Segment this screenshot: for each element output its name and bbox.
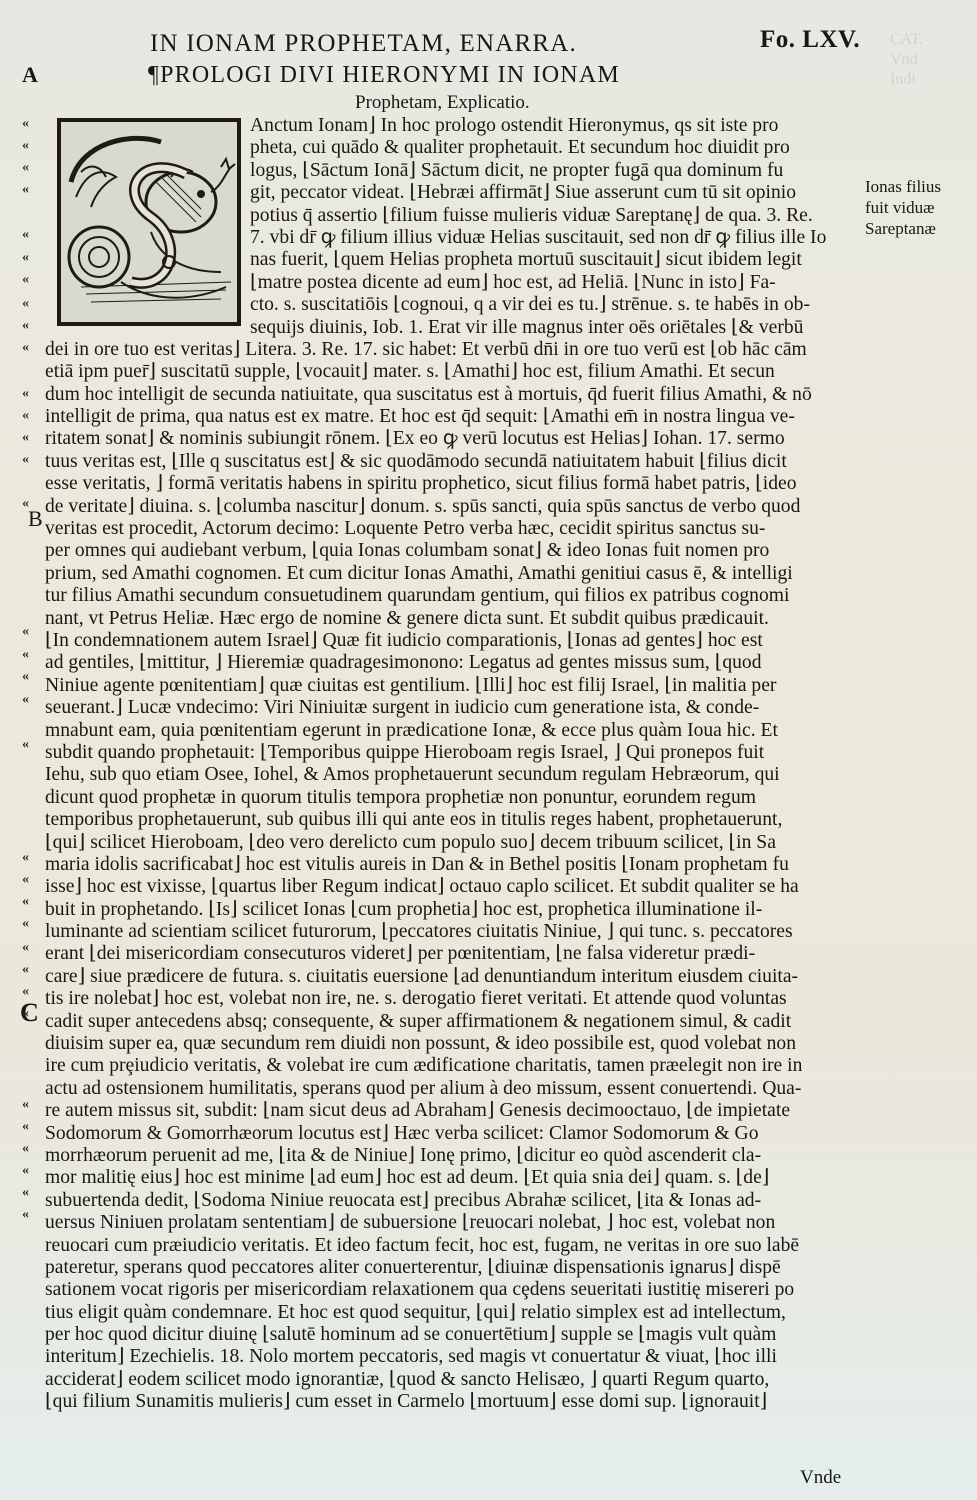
- quotation-mark-icon: «: [22, 160, 29, 176]
- quotation-mark-icon: «: [22, 138, 29, 154]
- text-line: ritatem sonat⌋ & nominis subiungit rōnem…: [45, 428, 855, 450]
- text-line: uersus Niniuen prolatam sententiam⌋ de s…: [45, 1212, 855, 1234]
- quotation-mark-icon: «: [22, 669, 29, 685]
- section-letter-b: B: [28, 506, 43, 532]
- text-line: Anctum Ionam⌋ In hoc prologo ostendit Hi…: [250, 115, 855, 137]
- text-line: nant, vt Petrus Heliæ. Hæc ergo de nomin…: [45, 608, 855, 630]
- quotation-mark-icon: «: [22, 962, 29, 978]
- quotation-mark-icon: «: [22, 386, 29, 402]
- margin-annotation-line: Sareptanæ: [865, 218, 941, 239]
- quotation-mark-icon: «: [22, 340, 29, 356]
- text-line: actu ad ostensionem humilitatis, sperans…: [45, 1078, 855, 1100]
- quotation-mark-icon: «: [22, 116, 29, 132]
- text-line: pateretur, sperans quod peccatores alite…: [45, 1257, 855, 1279]
- text-line: dum hoc intelligit de secunda natiuitate…: [45, 384, 855, 406]
- text-line: subdit quando prophetauit: ⌊Temporibus q…: [45, 742, 855, 764]
- quotation-mark-icon: «: [22, 430, 29, 446]
- text-line: erant ⌊dei misericordiam consecuturos vi…: [45, 943, 855, 965]
- quotation-mark-icon: «: [22, 296, 29, 312]
- quotation-mark-icon: «: [22, 452, 29, 468]
- book-page: CAT.VndIndi IN IONAM PROPHETAM, ENARRA. …: [0, 0, 977, 1500]
- text-line: etiā ipm puer̄⌋ suscitatū supple, ⌊vocau…: [45, 361, 855, 383]
- show-through-text: CAT.VndIndi: [890, 30, 923, 90]
- quotation-mark-icon: «: [22, 1185, 29, 1201]
- quotation-mark-icon: «: [22, 872, 29, 888]
- folio-number: Fo. LXV.: [760, 26, 860, 54]
- text-line: re autem missus sit, subdit: ⌊nam sicut …: [45, 1100, 855, 1122]
- text-line: ⌊qui⌋ scilicet Hieroboam, ⌊deo vero dere…: [45, 832, 855, 854]
- quotation-mark-icon: «: [22, 1097, 29, 1113]
- text-line: seuerant.⌋ Lucæ vndecimo: Viri Niniuitæ …: [45, 697, 855, 719]
- text-line: cto. s. suscitatiōis ⌊cognoui, q a vir d…: [250, 294, 855, 316]
- quotation-mark-icon: «: [22, 227, 29, 243]
- text-line: logus, ⌊Sāctum Ionā⌋ Sāctum dicit, ne pr…: [250, 160, 855, 182]
- text-line: de veritate⌋ diuina. s. ⌊columba nascitu…: [45, 496, 855, 518]
- text-line: subuertenda dedit, ⌊Sodoma Niniue reuoca…: [45, 1190, 855, 1212]
- text-line: morrhæorum peruenit ad me, ⌊ita & de Nin…: [45, 1145, 855, 1167]
- text-line: ire cum prȩiudicio veritatis, & volebat …: [45, 1055, 855, 1077]
- quotation-mark-icon: «: [22, 272, 29, 288]
- quotation-mark-icon: «: [22, 984, 29, 1000]
- quotation-mark-icon: «: [22, 916, 29, 932]
- text-line: prium, sed Amathi cognomen. Et cum dicit…: [45, 563, 855, 585]
- text-line: sequijs diuinis, Iob. 1. Erat vir ille m…: [250, 317, 855, 339]
- text-line: tius eligit quàm condemnare. Et hoc est …: [45, 1302, 855, 1324]
- quotation-mark-icon: «: [22, 692, 29, 708]
- section-letter-a: A: [22, 62, 38, 88]
- text-line: dei in ore tuo est veritas⌋ Litera. 3. R…: [45, 339, 855, 361]
- text-line: temporibus prophetauerunt, sub quibus il…: [45, 809, 855, 831]
- text-line: cadit super antecedens absq; consequente…: [45, 1011, 855, 1033]
- text-line: mor malitię eius⌋ hoc est minime ⌊ad eum…: [45, 1167, 855, 1189]
- quotation-mark-icon: «: [22, 850, 29, 866]
- text-line: veritas est procedit, Actorum decimo: Lo…: [45, 518, 855, 540]
- text-line: ⌊qui filium Sunamitis mulieris⌋ cum esse…: [45, 1391, 855, 1413]
- quotation-mark-icon: «: [22, 1141, 29, 1157]
- quotation-mark-icon: «: [22, 1163, 29, 1179]
- text-line: reuocari cum præiudicio veritatis. Et id…: [45, 1235, 855, 1257]
- text-line: git, peccator videat. ⌊Hebræi affirmāt⌋ …: [250, 182, 855, 204]
- commentary-body-text: Anctum Ionam⌋ In hoc prologo ostendit Hi…: [45, 115, 855, 1414]
- text-line: buit in prophetando. ⌊Is⌋ scilicet Ionas…: [45, 899, 855, 921]
- running-head: IN IONAM PROPHETAM, ENARRA.: [150, 30, 577, 58]
- catchword: Vnde: [800, 1467, 841, 1489]
- text-line: potius q̄ assertio ⌊filium fuisse mulier…: [250, 205, 855, 227]
- quotation-mark-icon: «: [22, 940, 29, 956]
- margin-annotation-line: Ionas filius: [865, 176, 941, 197]
- text-line: maria idolis sacrificabat⌋ hoc est vitul…: [45, 854, 855, 876]
- quotation-mark-icon: «: [22, 1006, 29, 1022]
- text-line: esse veritatis, ⌋ formā veritatis habens…: [45, 473, 855, 495]
- quotation-mark-icon: «: [22, 182, 29, 198]
- text-line: tis ire nolebat⌋ hoc est, volebat non ir…: [45, 988, 855, 1010]
- margin-annotation: Ionas filius fuit viduæ Sareptanæ: [865, 176, 941, 239]
- text-line: tuus veritas est, ⌊Ille q suscitatus est…: [45, 451, 855, 473]
- text-line: care⌋ siue prædicere de futura. s. ciuit…: [45, 966, 855, 988]
- text-line: tur filius Amathi secundum consuetudinem…: [45, 585, 855, 607]
- quotation-mark-icon: «: [22, 894, 29, 910]
- quotation-mark-icon: «: [22, 250, 29, 266]
- margin-annotation-line: fuit viduæ: [865, 197, 941, 218]
- text-line: 7. vbi dr̄ ꝙ filium illius viduæ Helias …: [250, 227, 855, 249]
- text-line: per hoc quod dicitur diuinę ⌊salutē homi…: [45, 1324, 855, 1346]
- text-line: luminante ad scientiam scilicet futuroru…: [45, 921, 855, 943]
- text-line: per omnes qui audiebant verbum, ⌊quia Io…: [45, 540, 855, 562]
- quotation-mark-icon: «: [22, 496, 29, 512]
- quotation-mark-icon: «: [22, 1207, 29, 1223]
- quotation-mark-icon: «: [22, 647, 29, 663]
- text-line: sationem vocat rigoris per misericordiam…: [45, 1279, 855, 1301]
- quotation-mark-icon: «: [22, 624, 29, 640]
- quotation-mark-icon: «: [22, 318, 29, 334]
- text-line: pheta, cui quādo & qualiter prophetauit.…: [250, 137, 855, 159]
- text-line: Sodomorum & Gomorrhæorum locutus est⌋ Hæ…: [45, 1123, 855, 1145]
- text-line: Iehu, sub quo etiam Osee, Iohel, & Amos …: [45, 764, 855, 786]
- quotation-mark-icon: «: [22, 408, 29, 424]
- text-line: dicunt quod prophetæ in quorum titulis t…: [45, 787, 855, 809]
- quotation-mark-icon: «: [22, 1119, 29, 1135]
- text-line: intelligit de prima, qua natus est ex ma…: [45, 406, 855, 428]
- text-line: acciderat⌋ eodem scilicet modo ignoranti…: [45, 1369, 855, 1391]
- text-line: isse⌋ hoc est vixisse, ⌊quartus liber Re…: [45, 876, 855, 898]
- text-line: Niniue agente pœnitentiam⌋ quæ ciuitas e…: [45, 675, 855, 697]
- text-line: mnabunt eam, quia pœnitentiam egerunt in…: [45, 720, 855, 742]
- text-line: ⌊In condemnationem autem Israel⌋ Quæ fit…: [45, 630, 855, 652]
- chapter-title: ¶PROLOGI DIVI HIERONYMI IN IONAM: [148, 62, 620, 89]
- text-line: interitum⌋ Ezechielis. 18. Nolo mortem p…: [45, 1346, 855, 1368]
- text-line: ad gentiles, ⌊mittitur, ⌋ Hieremiæ quadr…: [45, 652, 855, 674]
- text-line: diuisim super ea, quæ secundum rem diuid…: [45, 1033, 855, 1055]
- quotation-mark-icon: «: [22, 737, 29, 753]
- chapter-subtitle: Prophetam, Explicatio.: [355, 92, 530, 114]
- text-line: ⌊matre postea dicente ad eum⌋ hoc est, a…: [250, 272, 855, 294]
- text-line: nas fuerit, ⌊quem Helias propheta mortuū…: [250, 249, 855, 271]
